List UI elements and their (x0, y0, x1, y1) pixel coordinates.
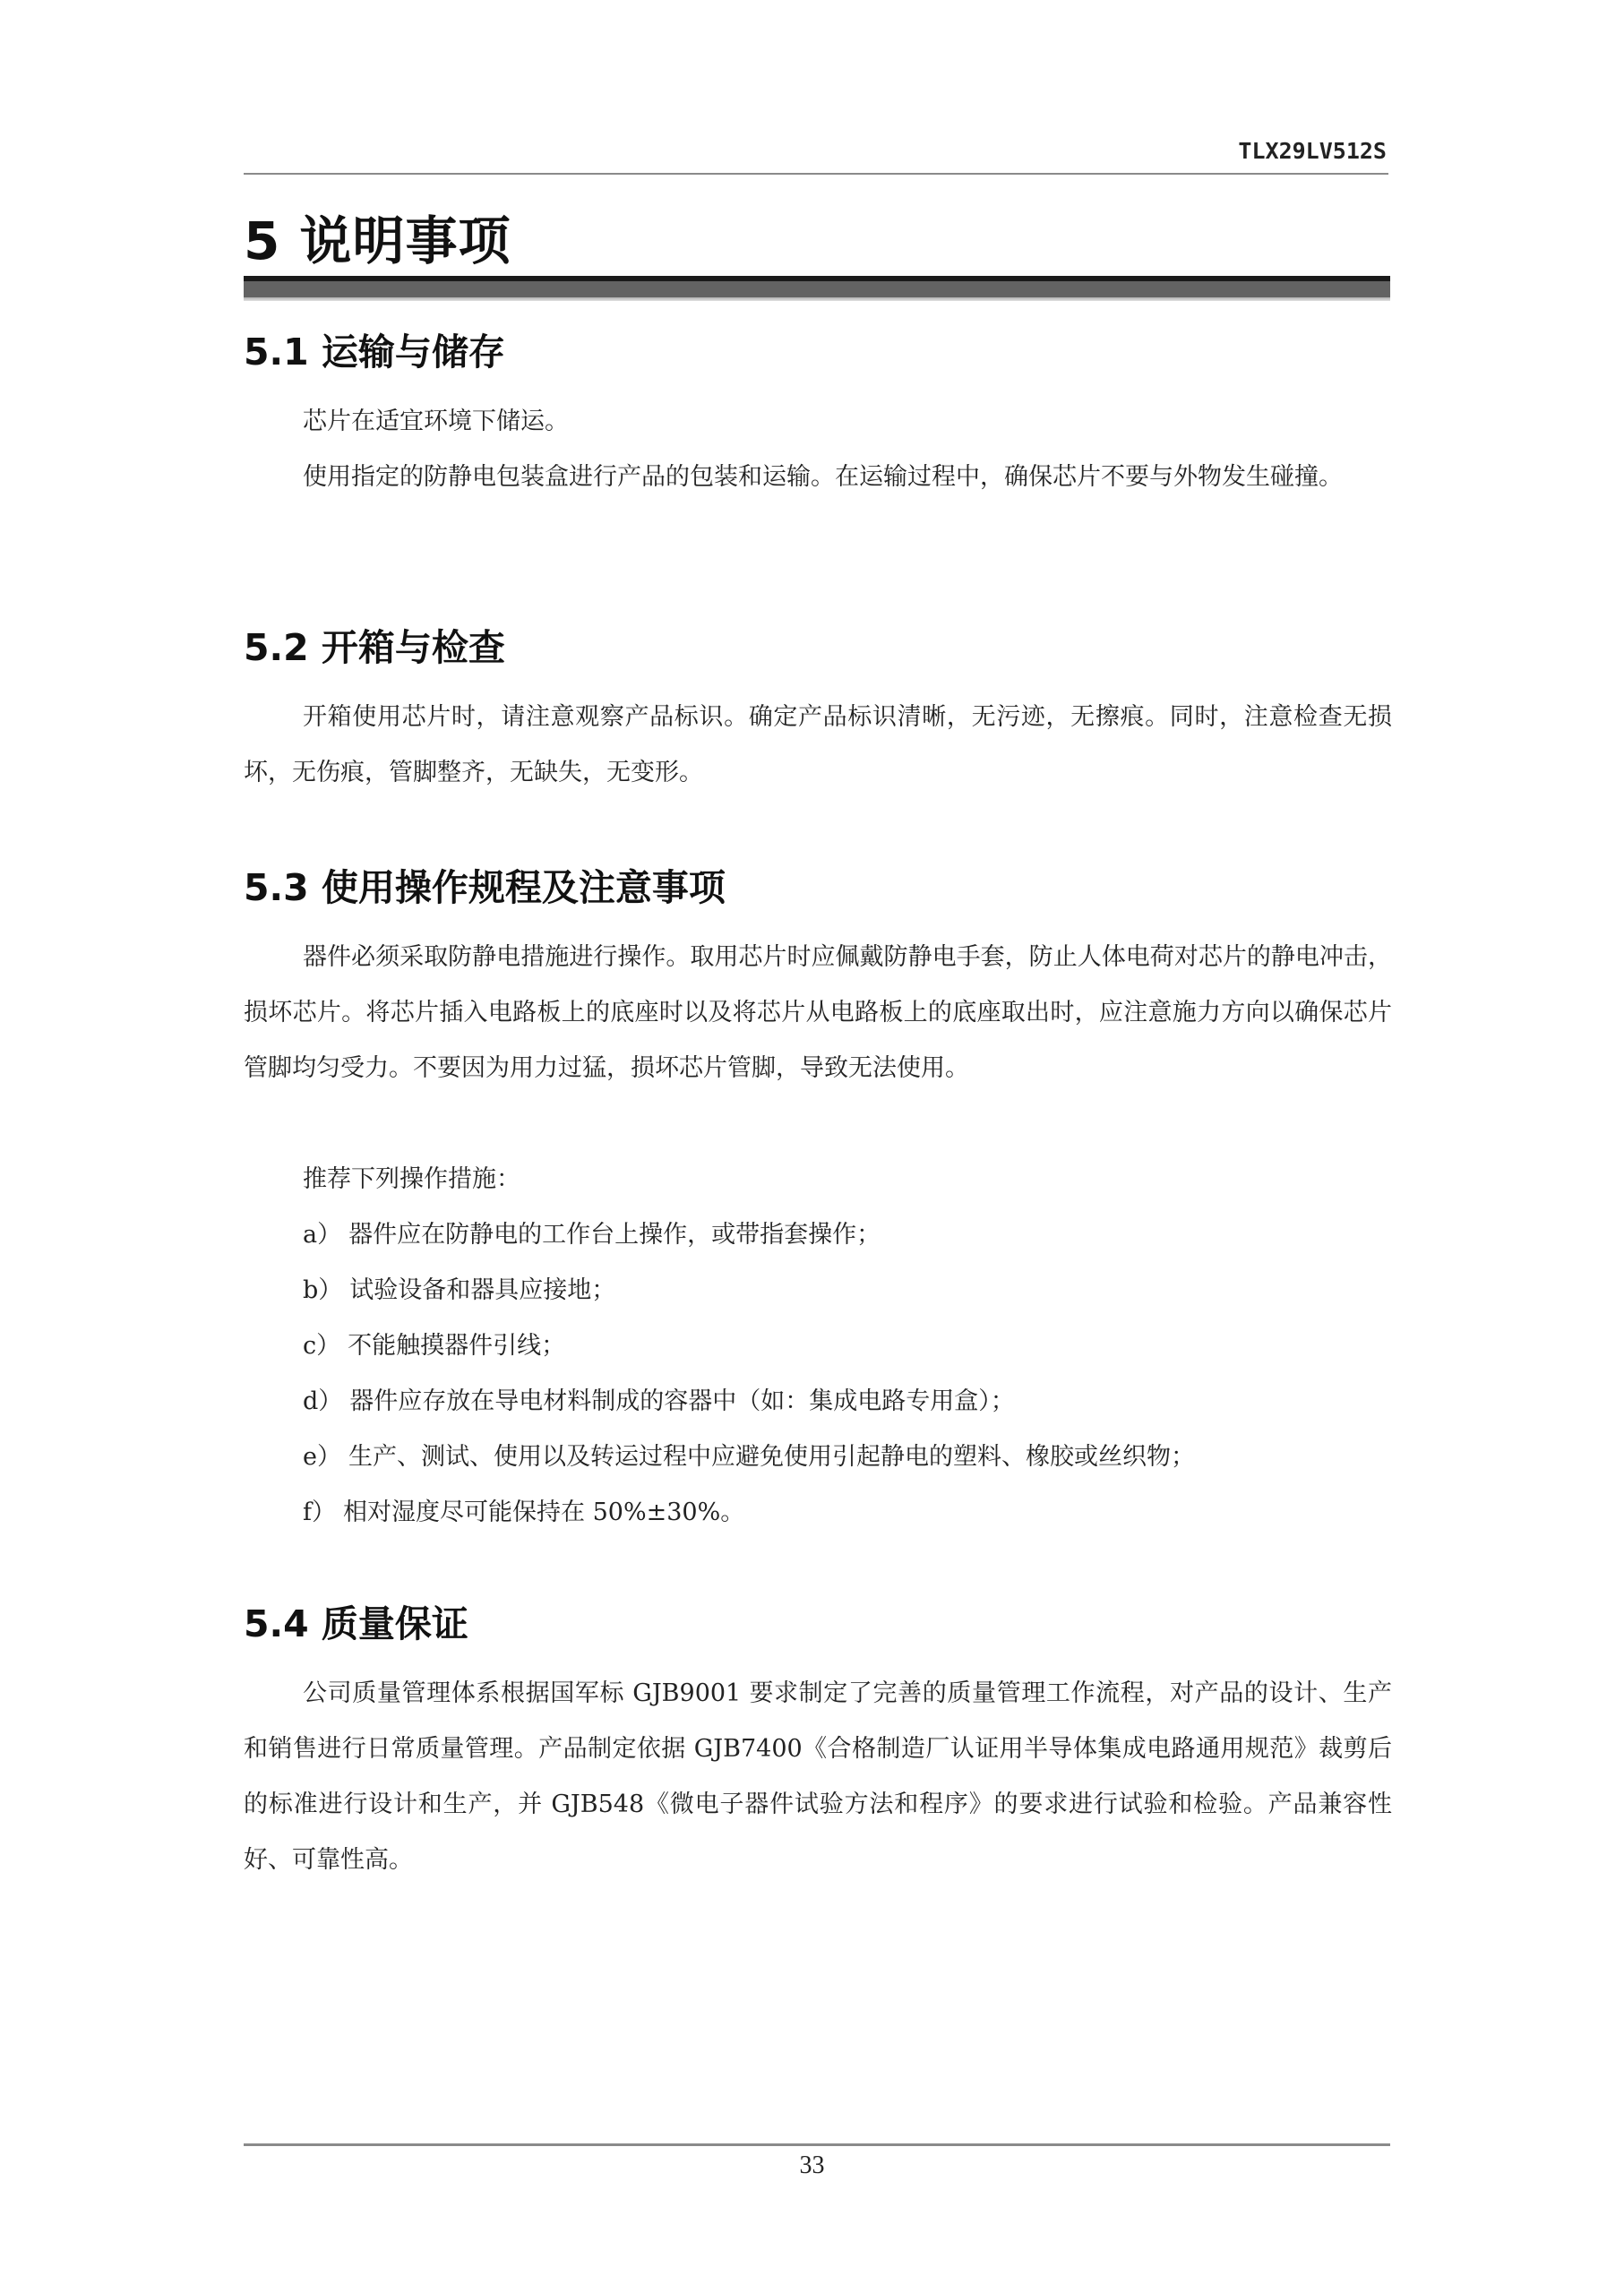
section-title-5-4: 5.4 质量保证 (244, 1594, 468, 1647)
list-marker: a） (303, 1221, 341, 1249)
list-item-text: 器件应存放在导电材料制成的容器中（如：集成电路专用盒）； (349, 1387, 1015, 1415)
section-title-5-1: 5.1 运输与储存 (244, 322, 505, 375)
list-item: b）试验设备和器具应接地； (303, 1263, 615, 1318)
section-title-5-3: 5.3 使用操作规程及注意事项 (244, 858, 726, 911)
list-item: a）器件应在防静电的工作台上操作，或带指套操作； (303, 1207, 881, 1263)
list-item: f）相对湿度尽可能保持在 50%±30%。 (303, 1485, 744, 1541)
paragraph: 公司质量管理体系根据国军标 GJB9001 要求制定了完善的质量管理工作流程，对… (244, 1666, 1392, 1888)
document-code: TLX29LV512S (1238, 138, 1387, 164)
paragraph: 器件必须采取防静电措施进行操作。取用芯片时应佩戴防静电手套，防止人体电荷对芯片的… (244, 930, 1392, 1096)
list-item-text: 试验设备和器具应接地； (349, 1276, 615, 1304)
paragraph: 使用指定的防静电包装盒进行产品的包装和运输。在运输过程中，确保芯片不要与外物发生… (244, 450, 1392, 505)
list-marker: d） (303, 1387, 342, 1415)
paragraph: 芯片在适宜环境下储运。 (244, 394, 1392, 450)
list-item: c）不能触摸器件引线； (303, 1318, 565, 1374)
paragraph-list-intro: 推荐下列操作措施： (244, 1152, 1392, 1207)
list-item: e）生产、测试、使用以及转运过程中应避免使用引起静电的塑料、橡胶或丝织物； (303, 1430, 1195, 1485)
list-item: d）器件应存放在导电材料制成的容器中（如：集成电路专用盒）； (303, 1374, 1015, 1430)
list-item-text: 相对湿度尽可能保持在 50%±30%。 (343, 1499, 744, 1526)
list-item-text: 不能触摸器件引线； (348, 1332, 565, 1360)
list-item-text: 生产、测试、使用以及转运过程中应避免使用引起静电的塑料、橡胶或丝织物； (348, 1443, 1195, 1471)
page-number: 33 (0, 2151, 1624, 2180)
list-item-text: 器件应在防静电的工作台上操作，或带指套操作； (348, 1221, 881, 1249)
footer-rule (244, 2143, 1390, 2146)
section-title-5-2: 5.2 开箱与检查 (244, 618, 505, 671)
list-marker: f） (303, 1499, 336, 1526)
list-marker: c） (303, 1332, 340, 1360)
list-marker: e） (303, 1443, 341, 1471)
chapter-title-rule (244, 276, 1390, 301)
chapter-title: 5 说明事项 (244, 199, 511, 274)
paragraph: 开箱使用芯片时，请注意观察产品标识。确定产品标识清晰，无污迹，无擦痕。同时，注意… (244, 690, 1392, 801)
list-marker: b） (303, 1276, 342, 1304)
page-header: TLX29LV512S (244, 133, 1388, 175)
